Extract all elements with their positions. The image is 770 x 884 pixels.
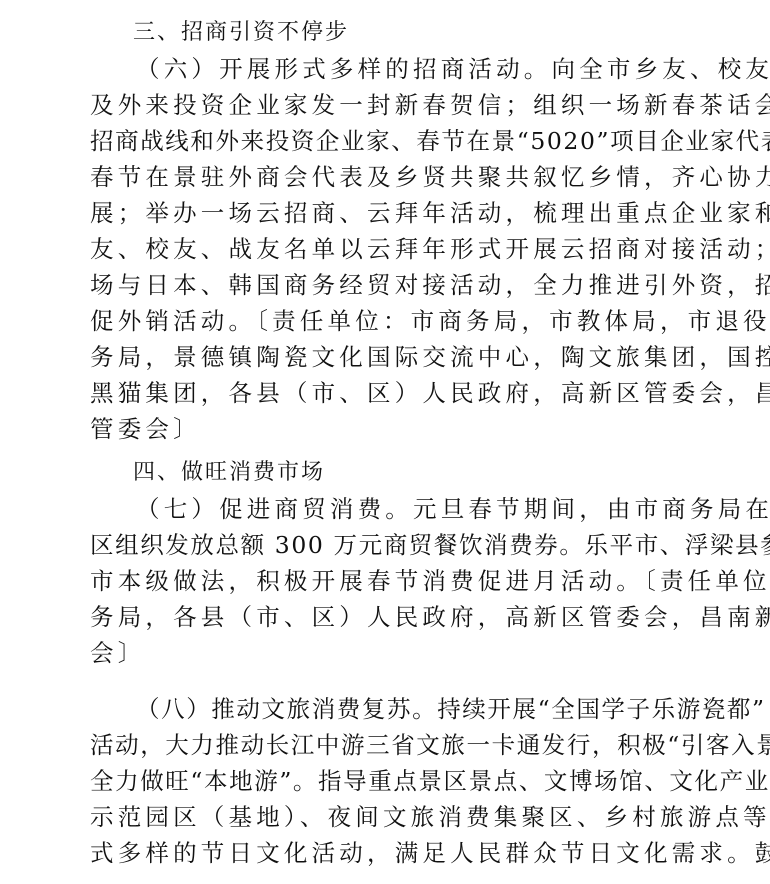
paragraph-eight-line-4: 示范园区（基地）、夜间文旅消费集聚区、乡村旅游点等举办形 <box>90 799 690 835</box>
paragraph-six-line-3: 招商战线和外来投资企业家、春节在景“5020”项目企业家代表、 <box>90 123 690 159</box>
paragraph-six-line-4: 春节在景驻外商会代表及乡贤共聚共叙忆乡情，齐心协力谋发 <box>90 159 690 195</box>
paragraph-seven-line-3: 市本级做法，积极开展春节消费促进月活动。〔责任单位：市商 <box>90 563 690 599</box>
section-heading-3: 三、招商引资不停步 <box>133 15 733 51</box>
paragraph-six-line-7: 场与日本、韩国商务经贸对接活动，全力推进引外资，招外企， <box>90 267 690 303</box>
paragraph-seven-line-5: 会〕 <box>90 635 690 671</box>
section-heading-4: 四、做旺消费市场 <box>133 455 733 491</box>
paragraph-six-line-8: 促外销活动。〔责任单位：市商务局，市教体局，市退役军人事 <box>90 303 690 339</box>
paragraph-six-line-10: 黑猫集团，各县（市、区）人民政府，高新区管委会，昌南新区 <box>90 375 690 411</box>
paragraph-six-line-9: 务局，景德镇陶瓷文化国际交流中心，陶文旅集团，国控集团， <box>90 339 690 375</box>
paragraph-six-line-5: 展；举办一场云招商、云拜年活动，梳理出重点企业家和优秀乡 <box>90 195 690 231</box>
paragraph-six-line-1: （六）开展形式多样的招商活动。向全市乡友、校友、战友 <box>136 51 736 87</box>
paragraph-seven-line-4: 务局，各县（市、区）人民政府，高新区管委会，昌南新区管委 <box>90 599 690 635</box>
paragraph-six-line-2: 及外来投资企业家发一封新春贺信；组织一场新春茶话会，邀请 <box>90 87 690 123</box>
paragraph-eight-line-2: 活动，大力推动长江中游三省文旅一卡通发行，积极“引客入景”， <box>90 727 690 763</box>
paragraph-eight-line-5: 式多样的节日文化活动，满足人民群众节日文化需求。鼓励企业 <box>90 835 690 871</box>
paragraph-eight-line-1: （八）推动文旅消费复苏。持续开展“全国学子乐游瓷都” <box>136 691 736 727</box>
paragraph-seven-line-1: （七）促进商贸消费。元旦春节期间，由市商务局在中心城 <box>136 491 736 527</box>
paragraph-seven-line-2: 区组织发放总额 300 万元商贸餐饮消费券。乐平市、浮梁县参照 <box>90 527 690 563</box>
paragraph-six-line-11: 管委会〕 <box>90 411 690 447</box>
document-page: 三、招商引资不停步 （六）开展形式多样的招商活动。向全市乡友、校友、战友 及外来… <box>0 0 770 884</box>
paragraph-eight-line-3: 全力做旺“本地游”。指导重点景区景点、文博场馆、文化产业 <box>90 763 690 799</box>
paragraph-six-line-6: 友、校友、战友名单以云拜年形式开展云招商对接活动；举办一 <box>90 231 690 267</box>
